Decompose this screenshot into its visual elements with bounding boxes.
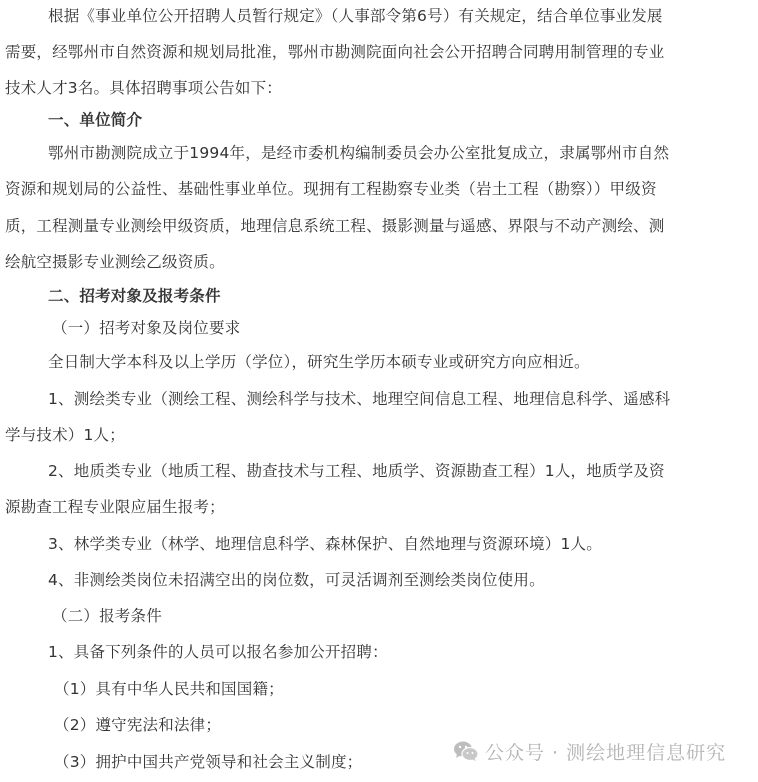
intro-line: 根据《事业单位公开招聘人员暂行规定》（人事部令第6号）有关规定，结合单位事业发展 [48, 4, 663, 28]
list-item: 1、具备下列条件的人员可以报名参加公开招聘： [48, 640, 388, 664]
intro-line: 技术人才3名。具体招聘事项公告如下： [5, 76, 282, 100]
subsection-heading-conditions: （二）报考条件 [52, 604, 162, 628]
list-item: （1）具有中华人民共和国国籍； [54, 677, 284, 701]
paragraph-line: 资源和规划局的公益性、基础性事业单位。现拥有工程勘察专业类（岩土工程（勘察））甲… [5, 177, 657, 201]
subsection-heading-positions: （一）招考对象及岗位要求 [52, 316, 240, 340]
paragraph-line: 质，工程测量专业测绘甲级资质，地理信息系统工程、摄影测量与遥感、界限与不动产测绘… [5, 214, 664, 238]
list-item: 3、林学类专业（林学、地理信息科学、森林保护、自然地理与资源环境）1人。 [48, 532, 602, 556]
list-item: （3）拥护中国共产党领导和社会主义制度； [54, 750, 362, 774]
paragraph-line: 鄂州市勘测院成立于1994年，是经市委机构编制委员会办公室批复成立，隶属鄂州市自… [48, 141, 669, 165]
list-item: 1、测绘类专业（测绘工程、测绘科学与技术、地理空间信息工程、地理信息科学、遥感科 [48, 387, 670, 411]
intro-line: 需要，经鄂州市自然资源和规划局批准，鄂州市勘测院面向社会公开招聘合同聘用制管理的… [5, 40, 664, 64]
list-item-continued: 源勘查工程专业限应届生报考； [5, 495, 225, 519]
watermark-text: 公众号 · 测绘地理信息研究 [485, 738, 726, 765]
paragraph-line: 全日制大学本科及以上学历（学位），研究生学历本硕专业或研究方向应相近。 [48, 350, 590, 374]
list-item: 2、地质类专业（地质工程、勘查技术与工程、地质学、资源勘查工程）1人，地质学及资 [48, 459, 665, 483]
section-heading-recruitment: 二、招考对象及报考条件 [48, 284, 221, 308]
paragraph-line: 绘航空摄影专业测绘乙级资质。 [5, 250, 225, 274]
list-item: （2）遵守宪法和法律； [54, 713, 221, 737]
list-item-continued: 学与技术）1人； [5, 423, 125, 447]
list-item: 4、非测绘类岗位未招满空出的岗位数，可灵活调剂至测绘类岗位使用。 [48, 568, 545, 592]
section-heading-unit-intro: 一、单位简介 [48, 108, 142, 132]
wechat-icon [453, 740, 479, 762]
watermark: 公众号 · 测绘地理信息研究 [453, 737, 726, 765]
